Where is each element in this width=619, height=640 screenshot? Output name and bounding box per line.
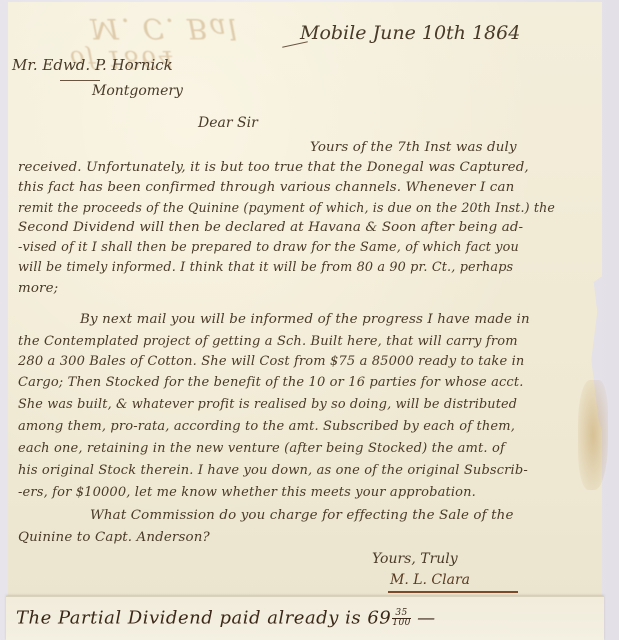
body-line: received. Unfortunately, it is but too t… [18, 160, 529, 175]
body-line: more; [18, 281, 58, 296]
place-date-heading: Mobile June 10th 1864 [300, 24, 520, 43]
endorsement-amount: 69 [367, 608, 391, 629]
signature-flourish [388, 591, 518, 593]
bleed-through-text-1: M. C. Bal [90, 12, 239, 45]
signature: M. L. Clara [390, 573, 470, 587]
salutation: Dear Sir [198, 116, 258, 130]
body-line: She was built, & whatever profit is real… [18, 397, 517, 412]
body-line: What Commission do you charge for effect… [90, 508, 514, 523]
body-line: Quinine to Capt. Anderson? [18, 530, 210, 545]
fraction-denominator: 100 [392, 619, 411, 628]
endorsement-dash: — [417, 608, 436, 629]
body-line: among them, pro-rata, according to the a… [18, 419, 515, 434]
body-line: his original Stock therein. I have you d… [18, 463, 528, 478]
document-viewer: M. C. Bal of 1864 Mobile June 10th 1864 … [0, 0, 619, 640]
body-line: 280 a 300 Bales of Cotton. She will Cost… [18, 354, 524, 369]
body-line: this fact has been confirmed through var… [18, 180, 514, 195]
body-line: Cargo; Then Stocked for the benefit of t… [18, 375, 524, 390]
addressee-city: Montgomery [92, 84, 183, 98]
addressee-name: Mr. Edwd. P. Hornick [12, 58, 173, 73]
body-line: Yours of the 7th Inst was duly [310, 140, 517, 155]
addressee-underline [60, 80, 100, 81]
water-stain [578, 380, 608, 490]
closing: Yours, Truly [372, 552, 458, 566]
endorsement-fraction: 35100 [392, 609, 411, 628]
endorsement-text: The Partial Dividend paid already is [16, 608, 361, 629]
endorsement-note: The Partial Dividend paid already is 693… [16, 609, 436, 628]
body-line: Second Dividend will then be declared at… [18, 220, 523, 235]
body-line: By next mail you will be informed of the… [80, 312, 530, 327]
body-line: will be timely informed. I think that it… [18, 260, 513, 275]
body-line: -vised of it I shall then be prepared to… [18, 240, 519, 255]
body-line: each one, retaining in the new venture (… [18, 441, 505, 456]
body-line: -ers, for $10000, let me know whether th… [18, 485, 476, 500]
body-line: the Contemplated project of getting a Sc… [18, 334, 518, 349]
body-line: remit the proceeds of the Quinine (payme… [18, 200, 555, 215]
